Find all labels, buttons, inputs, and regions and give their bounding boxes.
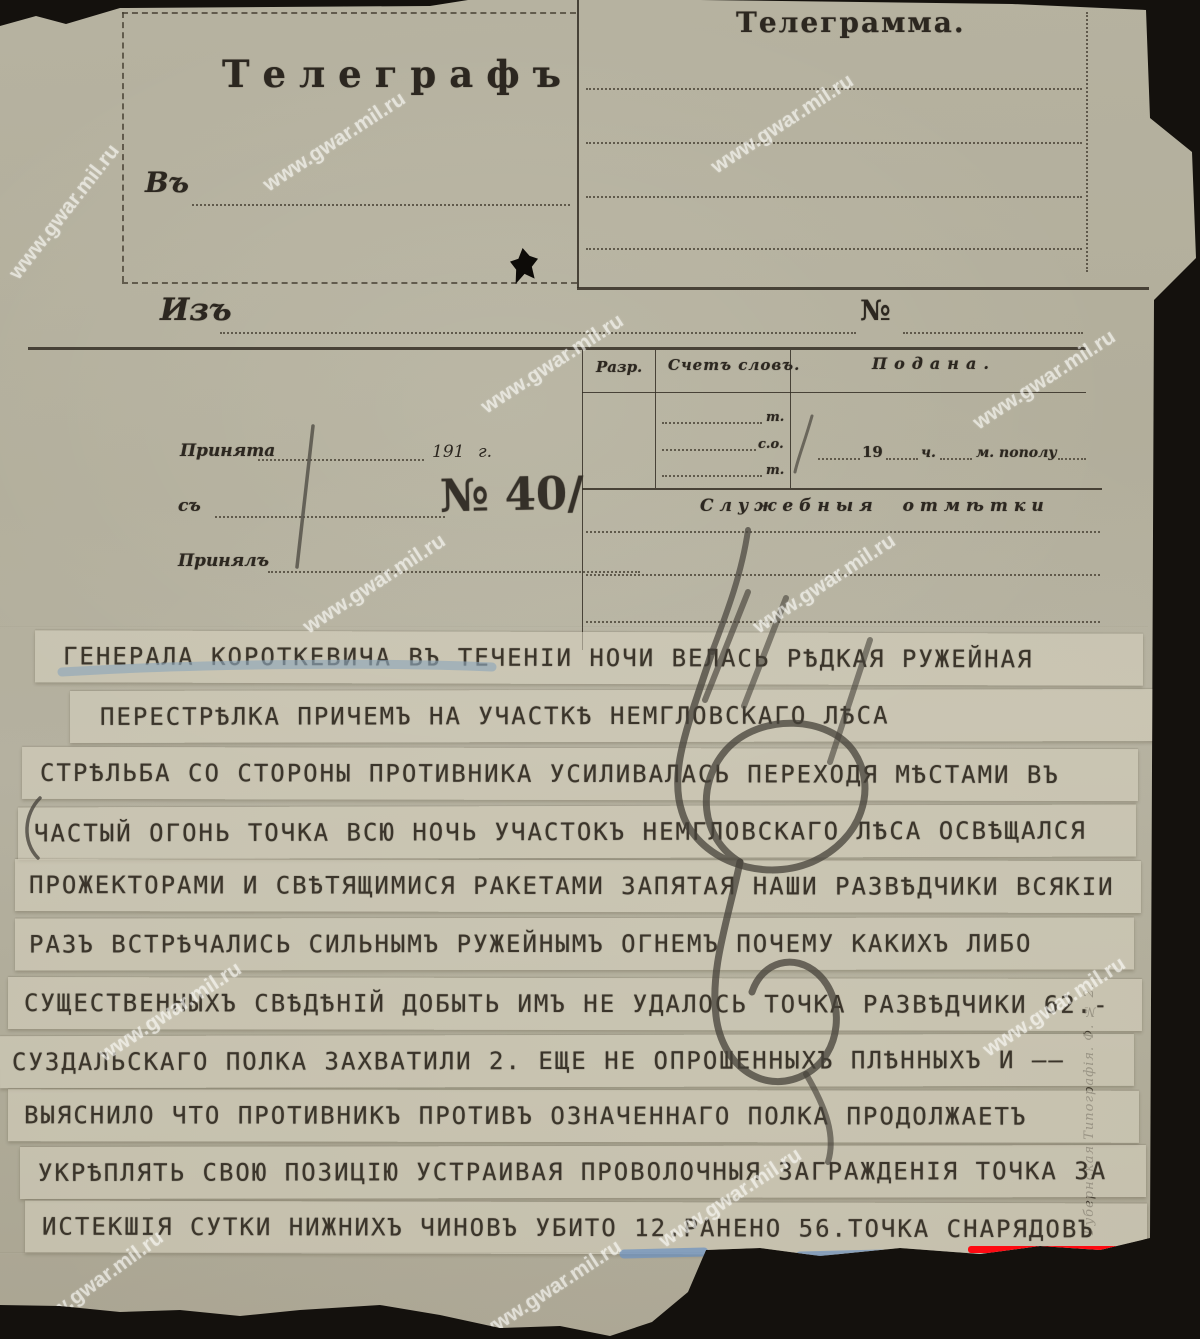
telegram-line-strip: ЧАСТЫЙ ОГОНЬ ТОЧКА ВСЮ НОЧЬ УЧАСТОКЪ НЕМ… — [18, 805, 1136, 860]
number-sign: № — [860, 294, 890, 327]
submitted-19: 19 — [862, 443, 883, 461]
telegram-line-strip: ИСТЕКШІЯ СУТКИ НИЖНИХЪ ЧИНОВЪ УБИТО 12.Р… — [25, 1201, 1147, 1256]
column-submitted: Подана. — [872, 354, 996, 373]
right-box-right-border — [1086, 12, 1088, 272]
service-notes-line — [586, 531, 1100, 533]
year-printed: 191 — [432, 442, 464, 462]
word-count-unit: с.о. — [758, 437, 784, 452]
section-divider — [28, 347, 1086, 350]
watermark: www.gwar.mil.ru — [707, 69, 858, 179]
submitted-hour: ч. — [921, 445, 936, 461]
telegram-ruled-line — [586, 248, 1082, 250]
table-bottom-rule — [582, 488, 1102, 490]
telegram-line-strip: СТРѢЛЬБА СО СТОРОНЫ ПРОТИВНИКА УСИЛИВАЛА… — [22, 747, 1138, 801]
submitted-line — [1058, 458, 1086, 460]
table-left-border — [582, 350, 583, 650]
from-field-label: Изъ — [160, 292, 232, 328]
column-razr: Разр. — [596, 358, 642, 376]
watermark: www.gwar.mil.ru — [259, 87, 410, 197]
with-label: съ — [178, 496, 201, 516]
telegraph-title: Телеграфъ — [222, 52, 574, 96]
telegram-line-strip: СУЗДАЛЬСКАГО ПОЛКА ЗАХВАТИЛИ 2. ЕЩЕ НЕ О… — [0, 1034, 1134, 1088]
telegram-line-strip: ПРОЖЕКТОРАМИ И СВѢТЯЩИМИСЯ РАКЕТАМИ ЗАПЯ… — [15, 859, 1141, 913]
left-box-left-border — [122, 12, 124, 282]
telegram-line-strip: УКРѢПЛЯТЬ СВОЮ ПОЗИЦІЮ УСТРАИВАЯ ПРОВОЛО… — [20, 1145, 1146, 1199]
word-count-line — [662, 475, 762, 477]
table-header-rule — [582, 392, 1086, 393]
received-by-label: Принялъ — [178, 551, 269, 571]
from-field-line — [220, 332, 856, 334]
word-count-unit: т. — [766, 410, 784, 425]
received-by-line — [268, 571, 640, 573]
telegram-line-strip: ГЕНЕРАЛА КОРОТКЕВИЧА ВЪ ТЕЧЕНІИ НОЧИ ВЕЛ… — [35, 630, 1143, 685]
submitted-line — [818, 458, 860, 460]
telegram-line-strip: РАЗЪ ВСТРѢЧАЛИСЬ СИЛЬНЫМЪ РУЖЕЙНЫМЪ ОГНЕ… — [15, 918, 1134, 971]
number-line — [903, 332, 1083, 334]
telegram-title: Телеграмма. — [736, 6, 966, 39]
submitted-minute: м. пополу — [976, 445, 1057, 461]
telegram-ruled-line — [586, 196, 1082, 198]
to-field-line — [192, 204, 570, 206]
watermark: www.gwar.mil.ru — [969, 325, 1120, 435]
column-word-count: Счетъ словъ. — [668, 356, 800, 374]
received-label: Принята — [180, 441, 275, 461]
paper-crease — [0, 626, 1148, 628]
right-box-bottom-border — [577, 287, 1149, 290]
scanned-telegram-document: Телеграфъ Въ Телеграмма. Изъ № Принята 1… — [0, 0, 1200, 1339]
watermark: www.gwar.mil.ru — [299, 529, 450, 639]
with-line — [215, 516, 445, 518]
left-box-bottom-border — [122, 282, 577, 284]
word-count-line — [662, 422, 762, 424]
paper-crease — [0, 1252, 1150, 1254]
telegram-line-strip: ВЫЯСНИЛО ЧТО ПРОТИВНИКЪ ПРОТИВЪ ОЗНАЧЕНН… — [8, 1089, 1139, 1143]
right-box-left-border — [577, 0, 579, 288]
pencil-slash — [297, 426, 313, 567]
telegram-ruled-line — [586, 142, 1082, 144]
left-box-top-border — [122, 12, 576, 14]
telegram-line-strip: ПЕРЕСТРѢЛКА ПРИЧЕМЪ НА УЧАСТКѢ НЕМГЛОВСК… — [70, 689, 1160, 743]
service-notes-line — [586, 574, 1100, 576]
telegram-line-strip: СУЩЕСТВЕННЫХЪ СВѢДѢНІЙ ДОБЫТЬ ИМЪ НЕ УДА… — [8, 977, 1142, 1031]
watermark: www.gwar.mil.ru — [4, 140, 124, 285]
paper-sheet: Телеграфъ Въ Телеграмма. Изъ № Принята 1… — [0, 0, 1200, 1339]
paper-hole — [510, 248, 538, 284]
year-suffix: г. — [478, 442, 492, 462]
word-count-line — [662, 449, 756, 451]
pencil-slash — [795, 416, 812, 472]
to-field-label: Въ — [145, 166, 189, 199]
received-line — [258, 459, 424, 461]
service-notes-label: Служебныя отмѣтки — [700, 496, 1050, 516]
word-count-unit: т. — [766, 463, 784, 478]
service-notes-line — [586, 621, 1100, 623]
submitted-line — [940, 458, 972, 460]
telegram-ruled-line — [586, 88, 1082, 90]
telegram-number-stamp: № 40/ — [439, 467, 584, 523]
submitted-line — [886, 458, 918, 460]
table-col-divider — [655, 350, 656, 488]
